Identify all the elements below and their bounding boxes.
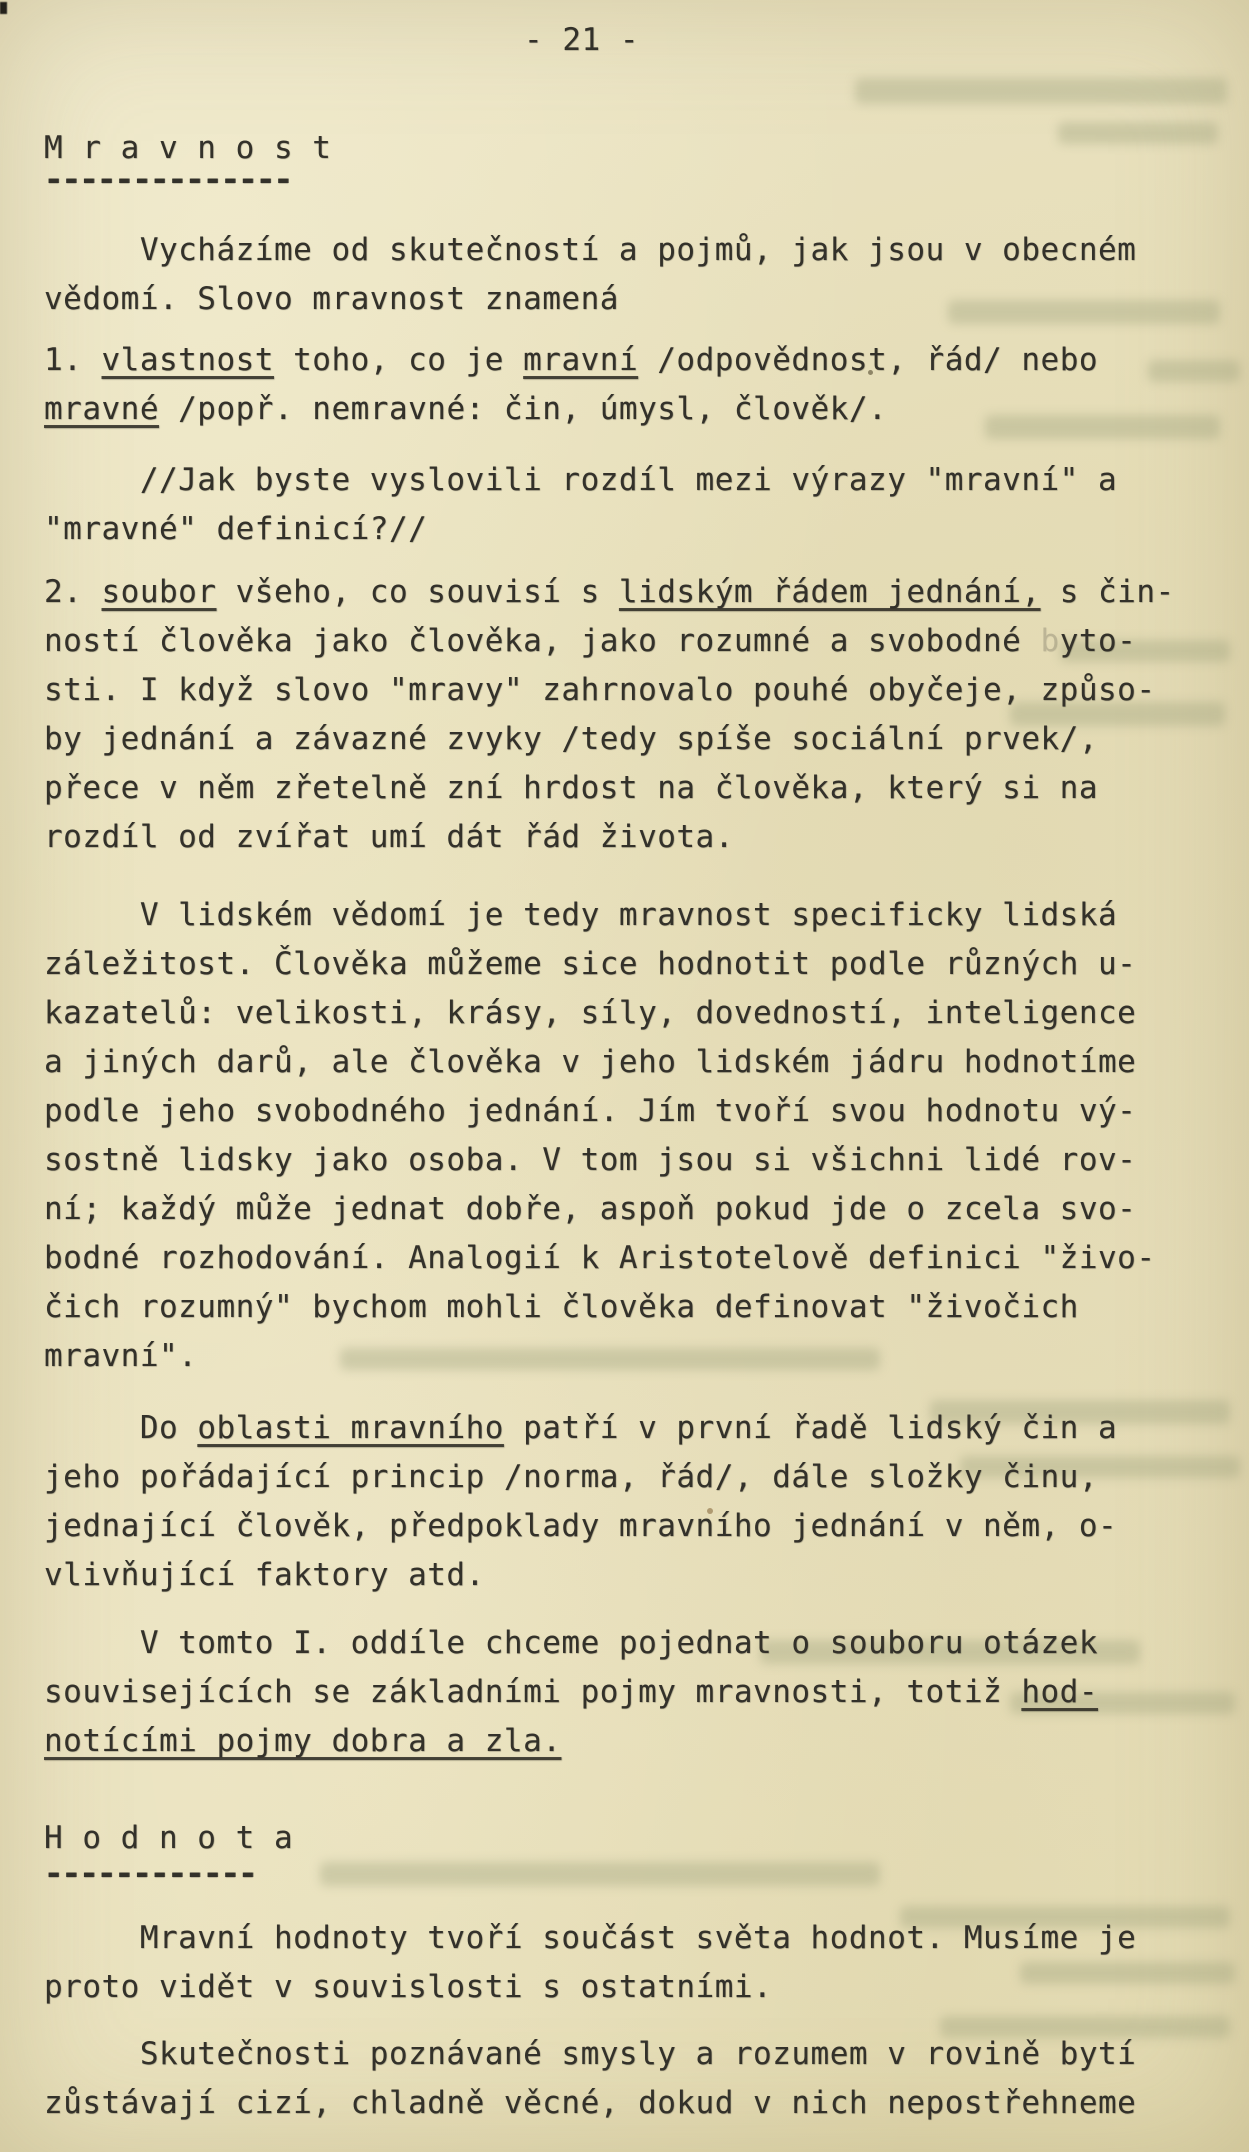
paragraph-intro: Vycházíme od skutečností a pojmů, jak js… [44, 226, 1209, 324]
text-segment: záležitost. Člověka můžeme sice hodnotit… [44, 946, 1136, 982]
text-line: kazatelů: velikosti, krásy, síly, dovedn… [44, 989, 1209, 1038]
text-segment: Do [44, 1410, 197, 1446]
text-segment: souvisejících se základními pojmy mravno… [44, 1674, 1021, 1710]
text-line: proto vidět v souvislosti s ostatními. [44, 1963, 1209, 2012]
underlined-text: notícími pojmy dobra a zla. [44, 1723, 561, 1759]
paragraph-section-plan: V tomto I. oddíle chceme pojednat o soub… [44, 1619, 1209, 1766]
text-line: vlivňující faktory atd. [44, 1551, 1209, 1600]
text-line: sostně lidsky jako osoba. V tom jsou si … [44, 1136, 1209, 1185]
text-line: by jednání a závazné zvyky /tedy spíše s… [44, 715, 1209, 764]
text-segment: V lidském vědomí je tedy mravnost specif… [44, 897, 1117, 933]
scanned-typewritten-page: - 21 - M r a v n o s t -------------- Vy… [0, 0, 1249, 2152]
text-segment: bodné rozhodování. Analogií k Aristotelo… [44, 1240, 1156, 1276]
text-line: Vycházíme od skutečností a pojmů, jak js… [44, 226, 1209, 275]
text-line: jeho pořádající princip /norma, řád/, dá… [44, 1453, 1209, 1502]
list-item-1: 1. vlastnost toho, co je mravní /odpověd… [44, 336, 1209, 434]
underlined-text: soubor [102, 574, 217, 610]
text-line: bodné rozhodování. Analogií k Aristotelo… [44, 1234, 1209, 1283]
text-line: ní; každý může jednat dobře, aspoň pokud… [44, 1185, 1209, 1234]
text-segment: všeho, co souvisí s [216, 574, 618, 610]
paragraph-being: Skutečnosti poznávané smysly a rozumem v… [44, 2030, 1209, 2128]
text-segment: V tomto I. oddíle chceme pojednat o soub… [44, 1625, 1098, 1661]
text-segment: podle jeho svobodného jednání. Jím tvoří… [44, 1093, 1136, 1129]
underlined-text: hod- [1021, 1674, 1098, 1710]
paragraph-moral-domain: Do oblasti mravního patří v první řadě l… [44, 1404, 1209, 1600]
underlined-text: vlastnost [102, 342, 274, 378]
text-line: záležitost. Člověka můžeme sice hodnotit… [44, 940, 1209, 989]
text-segment: //Jak byste vyslovili rozdíl mezi výrazy… [44, 462, 1117, 498]
text-line: Do oblasti mravního patří v první řadě l… [44, 1404, 1209, 1453]
text-segment: 1. [44, 342, 102, 378]
text-line: "mravné" definicí?// [44, 505, 1209, 554]
text-segment: 2. [44, 574, 102, 610]
text-line: mravné /popř. nemravné: čin, úmysl, člov… [44, 385, 1209, 434]
text-segment: Skutečnosti poznávané smysly a rozumem v… [44, 2036, 1136, 2072]
text-line: zůstávají cizí, chladně věcné, dokud v n… [44, 2079, 1209, 2128]
text-segment: Vycházíme od skutečností a pojmů, jak js… [44, 232, 1136, 268]
text-segment: sti. I když slovo "mravy" zahrnovalo pou… [44, 672, 1156, 708]
text-segment: yto- [1060, 623, 1137, 659]
text-line: čich rozumný" bychom mohli člověka defin… [44, 1283, 1209, 1332]
text-line: V tomto I. oddíle chceme pojednat o soub… [44, 1619, 1209, 1668]
underlined-text: lidským řádem jednání, [619, 574, 1041, 610]
text-line: 1. vlastnost toho, co je mravní /odpověd… [44, 336, 1209, 385]
text-line: rozdíl od zvířat umí dát řád života. [44, 813, 1209, 862]
text-segment: /odpovědnost, řád/ nebo [638, 342, 1098, 378]
text-segment: Mravní hodnoty tvoří součást světa hodno… [44, 1920, 1136, 1956]
text-segment: a jiných darů, ale člověka v jeho lidské… [44, 1044, 1136, 1080]
text-segment: zůstávají cizí, chladně věcné, dokud v n… [44, 2085, 1136, 2121]
text-segment: vlivňující faktory atd. [44, 1557, 485, 1593]
text-line: a jiných darů, ale člověka v jeho lidské… [44, 1038, 1209, 1087]
text-segment: by jednání a závazné zvyky /tedy spíše s… [44, 721, 1098, 757]
text-line: ností člověka jako člověka, jako rozumné… [44, 617, 1209, 666]
bleedthrough-ghost [855, 78, 1227, 104]
text-line: mravní". [44, 1332, 1209, 1381]
text-line: Skutečnosti poznávané smysly a rozumem v… [44, 2030, 1209, 2079]
question-note: //Jak byste vyslovili rozdíl mezi výrazy… [44, 456, 1209, 554]
text-segment: patří v první řadě lidský čin a [504, 1410, 1117, 1446]
text-segment: mravní". [44, 1338, 197, 1374]
paragraph-human-value: V lidském vědomí je tedy mravnost specif… [44, 891, 1209, 1381]
text-segment: jednající člověk, předpoklady mravního j… [44, 1508, 1117, 1544]
heading-underline-hodnota: ------------ [44, 1850, 256, 1899]
text-line: //Jak byste vyslovili rozdíl mezi výrazy… [44, 456, 1209, 505]
paragraph-values-intro: Mravní hodnoty tvoří součást světa hodno… [44, 1914, 1209, 2012]
text-segment: proto vidět v souvislosti s ostatními. [44, 1969, 772, 2005]
text-line: notícími pojmy dobra a zla. [44, 1717, 1209, 1766]
text-segment: vědomí. Slovo mravnost znamená [44, 281, 619, 317]
text-segment: b [1041, 623, 1060, 659]
page-number: - 21 - [524, 16, 639, 65]
scan-edge-artifact [0, 2, 7, 14]
bleedthrough-ghost [320, 1862, 880, 1886]
underlined-text: mravné [44, 391, 159, 427]
text-segment: ností člověka jako člověka, jako rozumné… [44, 623, 1041, 659]
text-segment: sostně lidsky jako osoba. V tom jsou si … [44, 1142, 1136, 1178]
text-segment: toho, co je [274, 342, 523, 378]
text-line: V lidském vědomí je tedy mravnost specif… [44, 891, 1209, 940]
underlined-text: oblasti mravního [197, 1410, 504, 1446]
heading-underline-mravnost: -------------- [44, 156, 291, 205]
text-segment: přece v něm zřetelně zní hrdost na člově… [44, 770, 1098, 806]
text-segment: kazatelů: velikosti, krásy, síly, dovedn… [44, 995, 1136, 1031]
text-line: přece v něm zřetelně zní hrdost na člově… [44, 764, 1209, 813]
text-segment: s čin- [1041, 574, 1175, 610]
bleedthrough-ghost [1058, 122, 1218, 144]
text-line: 2. soubor všeho, co souvisí s lidským řá… [44, 568, 1209, 617]
text-line: jednající člověk, předpoklady mravního j… [44, 1502, 1209, 1551]
text-segment: /popř. nemravné: čin, úmysl, člověk/. [159, 391, 887, 427]
text-line: vědomí. Slovo mravnost znamená [44, 275, 1209, 324]
text-segment: "mravné" definicí?// [44, 511, 427, 547]
text-line: souvisejících se základními pojmy mravno… [44, 1668, 1209, 1717]
text-segment: čich rozumný" bychom mohli člověka defin… [44, 1289, 1079, 1325]
text-segment: ní; každý může jednat dobře, aspoň pokud… [44, 1191, 1136, 1227]
text-line: Mravní hodnoty tvoří součást světa hodno… [44, 1914, 1209, 1963]
text-line: podle jeho svobodného jednání. Jím tvoří… [44, 1087, 1209, 1136]
text-segment: rozdíl od zvířat umí dát řád života. [44, 819, 734, 855]
text-line: sti. I když slovo "mravy" zahrnovalo pou… [44, 666, 1209, 715]
text-segment: jeho pořádající princip /norma, řád/, dá… [44, 1459, 1098, 1495]
underlined-text: mravní [523, 342, 638, 378]
list-item-2: 2. soubor všeho, co souvisí s lidským řá… [44, 568, 1209, 862]
